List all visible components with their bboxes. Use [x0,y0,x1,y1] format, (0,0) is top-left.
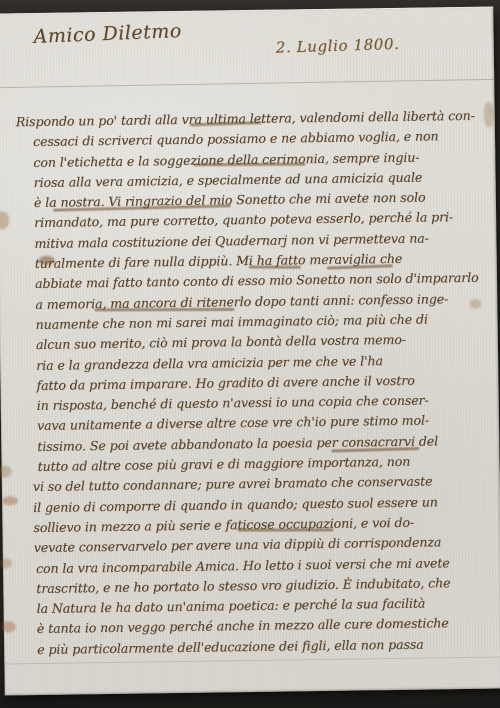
salutation: Amico Diletmo [33,20,182,48]
letter-paper: Amico Diletmo 2. Luglio 1800. Rispondo u… [0,7,500,696]
ink-stain [0,211,9,229]
letter-body: Rispondo un po' tardi alla vra ultima le… [33,106,493,660]
ink-stain [484,102,494,128]
ink-correction-mark [94,308,234,311]
ink-correction-mark [249,266,301,269]
ink-correction-mark [238,528,334,531]
ink-correction-mark [193,163,305,167]
scanned-letter-photo: Amico Diletmo 2. Luglio 1800. Rispondo u… [0,0,500,708]
ink-stain [0,558,12,568]
date-line: 2. Luglio 1800. [275,35,399,57]
ink-stain [0,465,12,477]
fold-crease-top [0,79,494,88]
ink-stain [2,621,16,632]
ink-stain [2,496,18,505]
